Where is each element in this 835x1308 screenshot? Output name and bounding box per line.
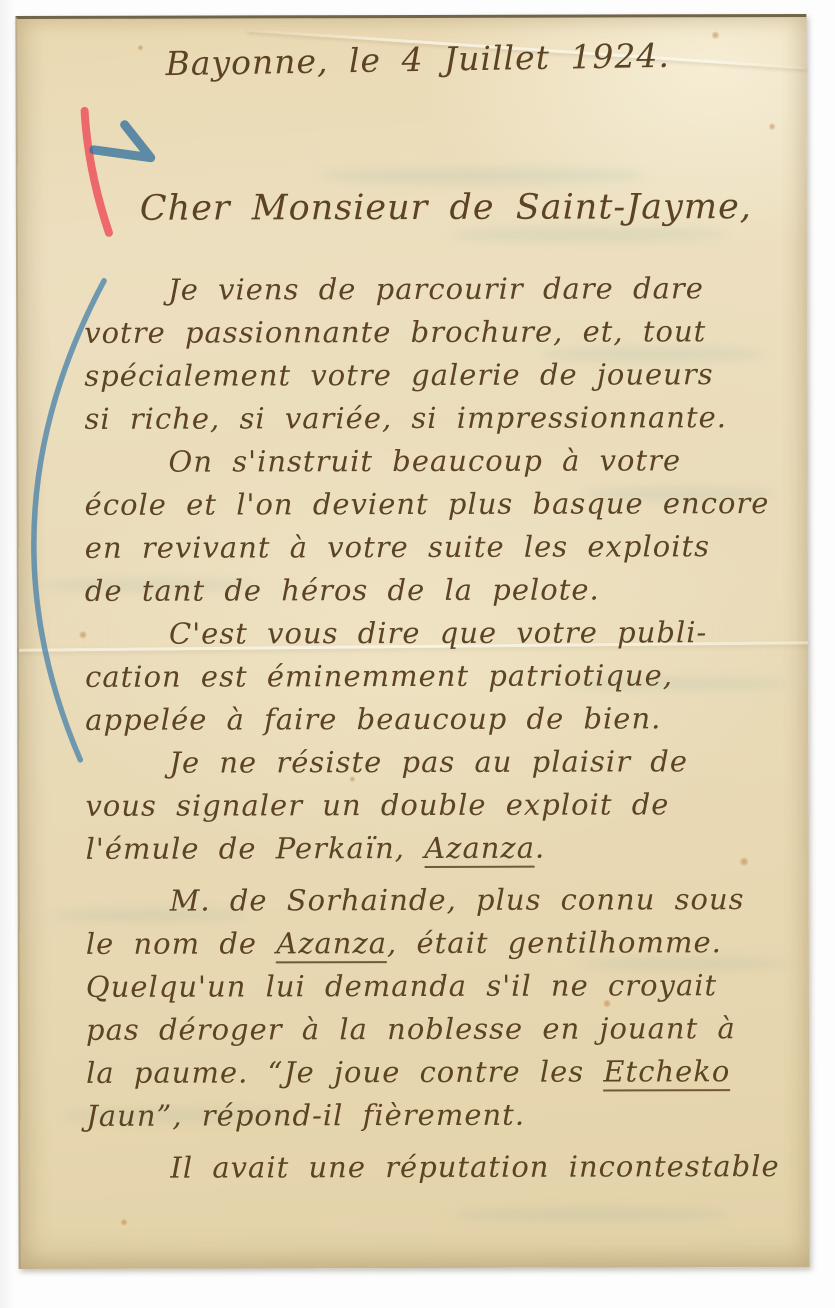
handwritten-line: Quelqu'un lui demanda s'il ne croyait [86,964,798,1009]
foxing-spot [121,1219,128,1226]
paragraph-3: C'est vous dire que votre publi- cation … [85,611,797,742]
handwritten-line: M. de Sorhainde, plus connu sous [86,878,798,923]
handwritten-line: l'émule de Perkaïn, Azanza. [85,826,797,871]
line-segment: le nom de [86,926,277,960]
handwritten-line: de tant de héros de la pelote. [85,568,797,613]
underlined-name-azanza: Azanza [424,831,535,868]
handwritten-line: vous signaler un double exploit de [85,783,797,828]
red-pencil-stroke [85,111,109,233]
line-segment: , était gentilhomme. [387,925,722,960]
handwritten-line: spécialement votre galerie de joueurs [84,353,796,398]
handwritten-line: Jaun”, répond-il fièrement. [86,1093,798,1138]
handwritten-line: la paume. “Je joue contre les Etcheko [86,1050,798,1095]
handwritten-line: C'est vous dire que votre publi- [85,611,797,656]
handwritten-line: école et l'on devient plus basque encore [85,482,797,527]
handwritten-line: cation est éminemment patriotique, [85,654,797,699]
foxing-spot [769,123,776,130]
foxing-spot [137,45,143,51]
handwritten-line: le nom de Azanza, était gentilhomme. [86,921,798,966]
letter-body: Je viens de parcourir dare dare votre pa… [84,267,798,1190]
salutation: Cher Monsieur de Saint-Jayme, [140,187,752,229]
handwritten-line: appelée à faire beaucoup de bien. [85,697,797,742]
line-segment: la paume. “Je joue contre les [86,1055,603,1090]
paragraph-1: Je viens de parcourir dare dare votre pa… [84,267,796,441]
paragraph-2: On s'instruit beaucoup à votre école et … [84,439,796,613]
paragraph-6: Il avait une réputation incontestable [86,1145,798,1190]
letter-page: Bayonne, le 4 Juillet 1924. Cher Monsieu… [15,14,809,1269]
paragraph-4: Je ne résiste pas au plaisir de vous sig… [85,740,797,871]
handwritten-line: Il avait une réputation incontestable [86,1145,798,1190]
underlined-word-etcheko: Etcheko [603,1054,730,1091]
handwritten-line: en revivant à votre suite les exploits [85,525,797,570]
handwritten-line: votre passionnante brochure, et, tout [84,310,796,355]
blue-check-mark [94,125,151,158]
handwritten-line: Je viens de parcourir dare dare [84,267,796,312]
line-segment: l'émule de Perkaïn, [85,831,424,866]
handwritten-line: pas déroger à la noblesse en jouant à [86,1007,798,1052]
line-segment: . [535,831,545,865]
handwritten-line: On s'instruit beaucoup à votre [84,439,796,484]
verso-showthrough [318,167,648,184]
foxing-spot [711,31,719,39]
handwritten-line: Je ne résiste pas au plaisir de [85,740,797,785]
underlined-name-azanza: Azanza [276,926,387,963]
verso-showthrough [448,227,728,242]
verso-showthrough [450,1207,730,1222]
date-line: Bayonne, le 4 Juillet 1924. [165,36,670,83]
paragraph-5: M. de Sorhainde, plus connu sous le nom … [86,878,799,1138]
handwritten-line: si riche, si variée, si impressionnante. [84,396,796,441]
